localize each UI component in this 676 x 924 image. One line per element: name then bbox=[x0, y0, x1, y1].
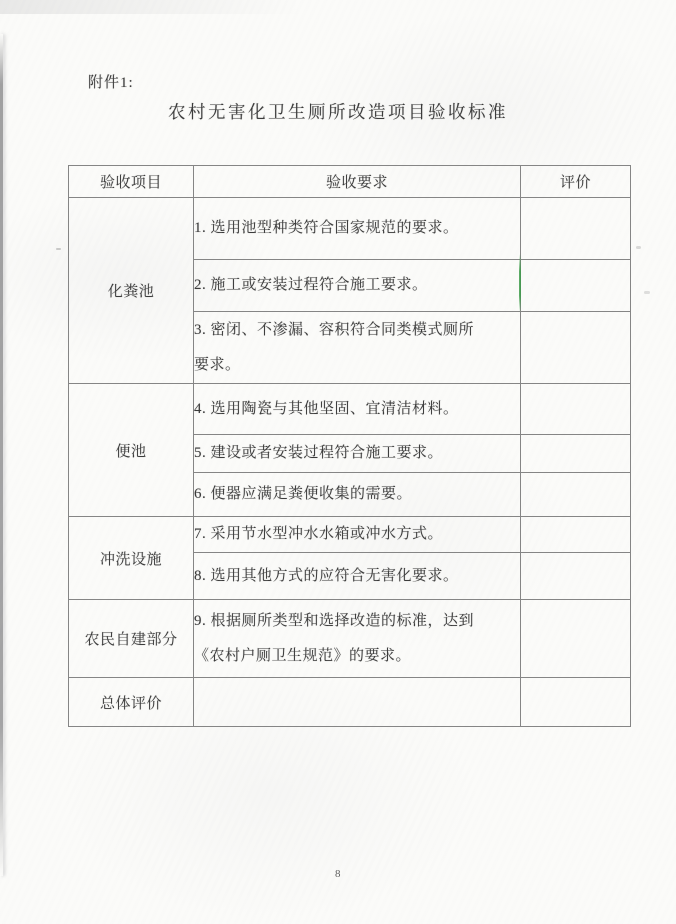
requirement-cell-3: 3. 密闭、不渗漏、容积符合同类模式厕所 要求。 bbox=[194, 312, 521, 384]
evaluation-cell-4 bbox=[521, 384, 631, 435]
requirement-cell-5: 5. 建设或者安装过程符合施工要求。 bbox=[194, 435, 521, 473]
requirement-cell-8: 8. 选用其他方式的应符合无害化要求。 bbox=[194, 553, 521, 600]
column-header-evaluation: 评价 bbox=[521, 166, 631, 198]
evaluation-cell-8 bbox=[521, 553, 631, 600]
attachment-label: 附件1: bbox=[88, 71, 134, 92]
requirement-cell-1: 1. 选用池型种类符合国家规范的要求。 bbox=[194, 198, 521, 260]
table-row: 化粪池 1. 选用池型种类符合国家规范的要求。 bbox=[69, 198, 631, 260]
scanned-page: 附件1: 农村无害化卫生厕所改造项目验收标准 验收项目 验收要求 评价 化粪池 … bbox=[0, 0, 676, 924]
requirement-cell-4: 4. 选用陶瓷与其他坚固、宜清洁材料。 bbox=[194, 384, 521, 435]
table-row: 便池 4. 选用陶瓷与其他坚固、宜清洁材料。 bbox=[69, 384, 631, 435]
requirement-cell-6: 6. 便器应满足粪便收集的需要。 bbox=[194, 473, 521, 517]
item-cell-septic-tank: 化粪池 bbox=[69, 198, 194, 384]
acceptance-criteria-table: 验收项目 验收要求 评价 化粪池 1. 选用池型种类符合国家规范的要求。 2. … bbox=[68, 165, 631, 727]
scan-left-edge-shadow bbox=[0, 34, 3, 876]
scan-speck bbox=[644, 291, 650, 294]
scan-artifact-green-line bbox=[519, 254, 521, 312]
item-cell-overall-evaluation: 总体评价 bbox=[69, 678, 194, 727]
evaluation-cell-1 bbox=[521, 198, 631, 260]
item-cell-farmer-self-built: 农民自建部分 bbox=[69, 600, 194, 678]
evaluation-cell-3 bbox=[521, 312, 631, 384]
requirement-cell-9: 9. 根据厕所类型和选择改造的标准，达到 《农村户厕卫生规范》的要求。 bbox=[194, 600, 521, 678]
evaluation-cell-9 bbox=[521, 600, 631, 678]
table-header-row: 验收项目 验收要求 评价 bbox=[69, 166, 631, 198]
table-row: 农民自建部分 9. 根据厕所类型和选择改造的标准，达到 《农村户厕卫生规范》的要… bbox=[69, 600, 631, 678]
evaluation-cell-6 bbox=[521, 473, 631, 517]
document-title: 农村无害化卫生厕所改造项目验收标准 bbox=[0, 99, 676, 124]
evaluation-cell-7 bbox=[521, 517, 631, 553]
item-cell-flushing-facility: 冲洗设施 bbox=[69, 517, 194, 600]
requirement-cell-10 bbox=[194, 678, 521, 727]
evaluation-cell-5 bbox=[521, 435, 631, 473]
column-header-acceptance-item: 验收项目 bbox=[69, 166, 194, 198]
requirement-cell-7: 7. 采用节水型冲水水箱或冲水方式。 bbox=[194, 517, 521, 553]
column-header-acceptance-requirement: 验收要求 bbox=[194, 166, 521, 198]
table-row: 总体评价 bbox=[69, 678, 631, 727]
scan-speck bbox=[56, 248, 61, 250]
page-number: 8 bbox=[0, 868, 676, 880]
table-row: 冲洗设施 7. 采用节水型冲水水箱或冲水方式。 bbox=[69, 517, 631, 553]
scan-top-edge-band bbox=[0, 0, 430, 14]
evaluation-cell-2 bbox=[521, 260, 631, 312]
item-cell-toilet-bowl: 便池 bbox=[69, 384, 194, 517]
scan-speck bbox=[636, 246, 641, 249]
requirement-cell-2: 2. 施工或安装过程符合施工要求。 bbox=[194, 260, 521, 312]
evaluation-cell-10 bbox=[521, 678, 631, 727]
